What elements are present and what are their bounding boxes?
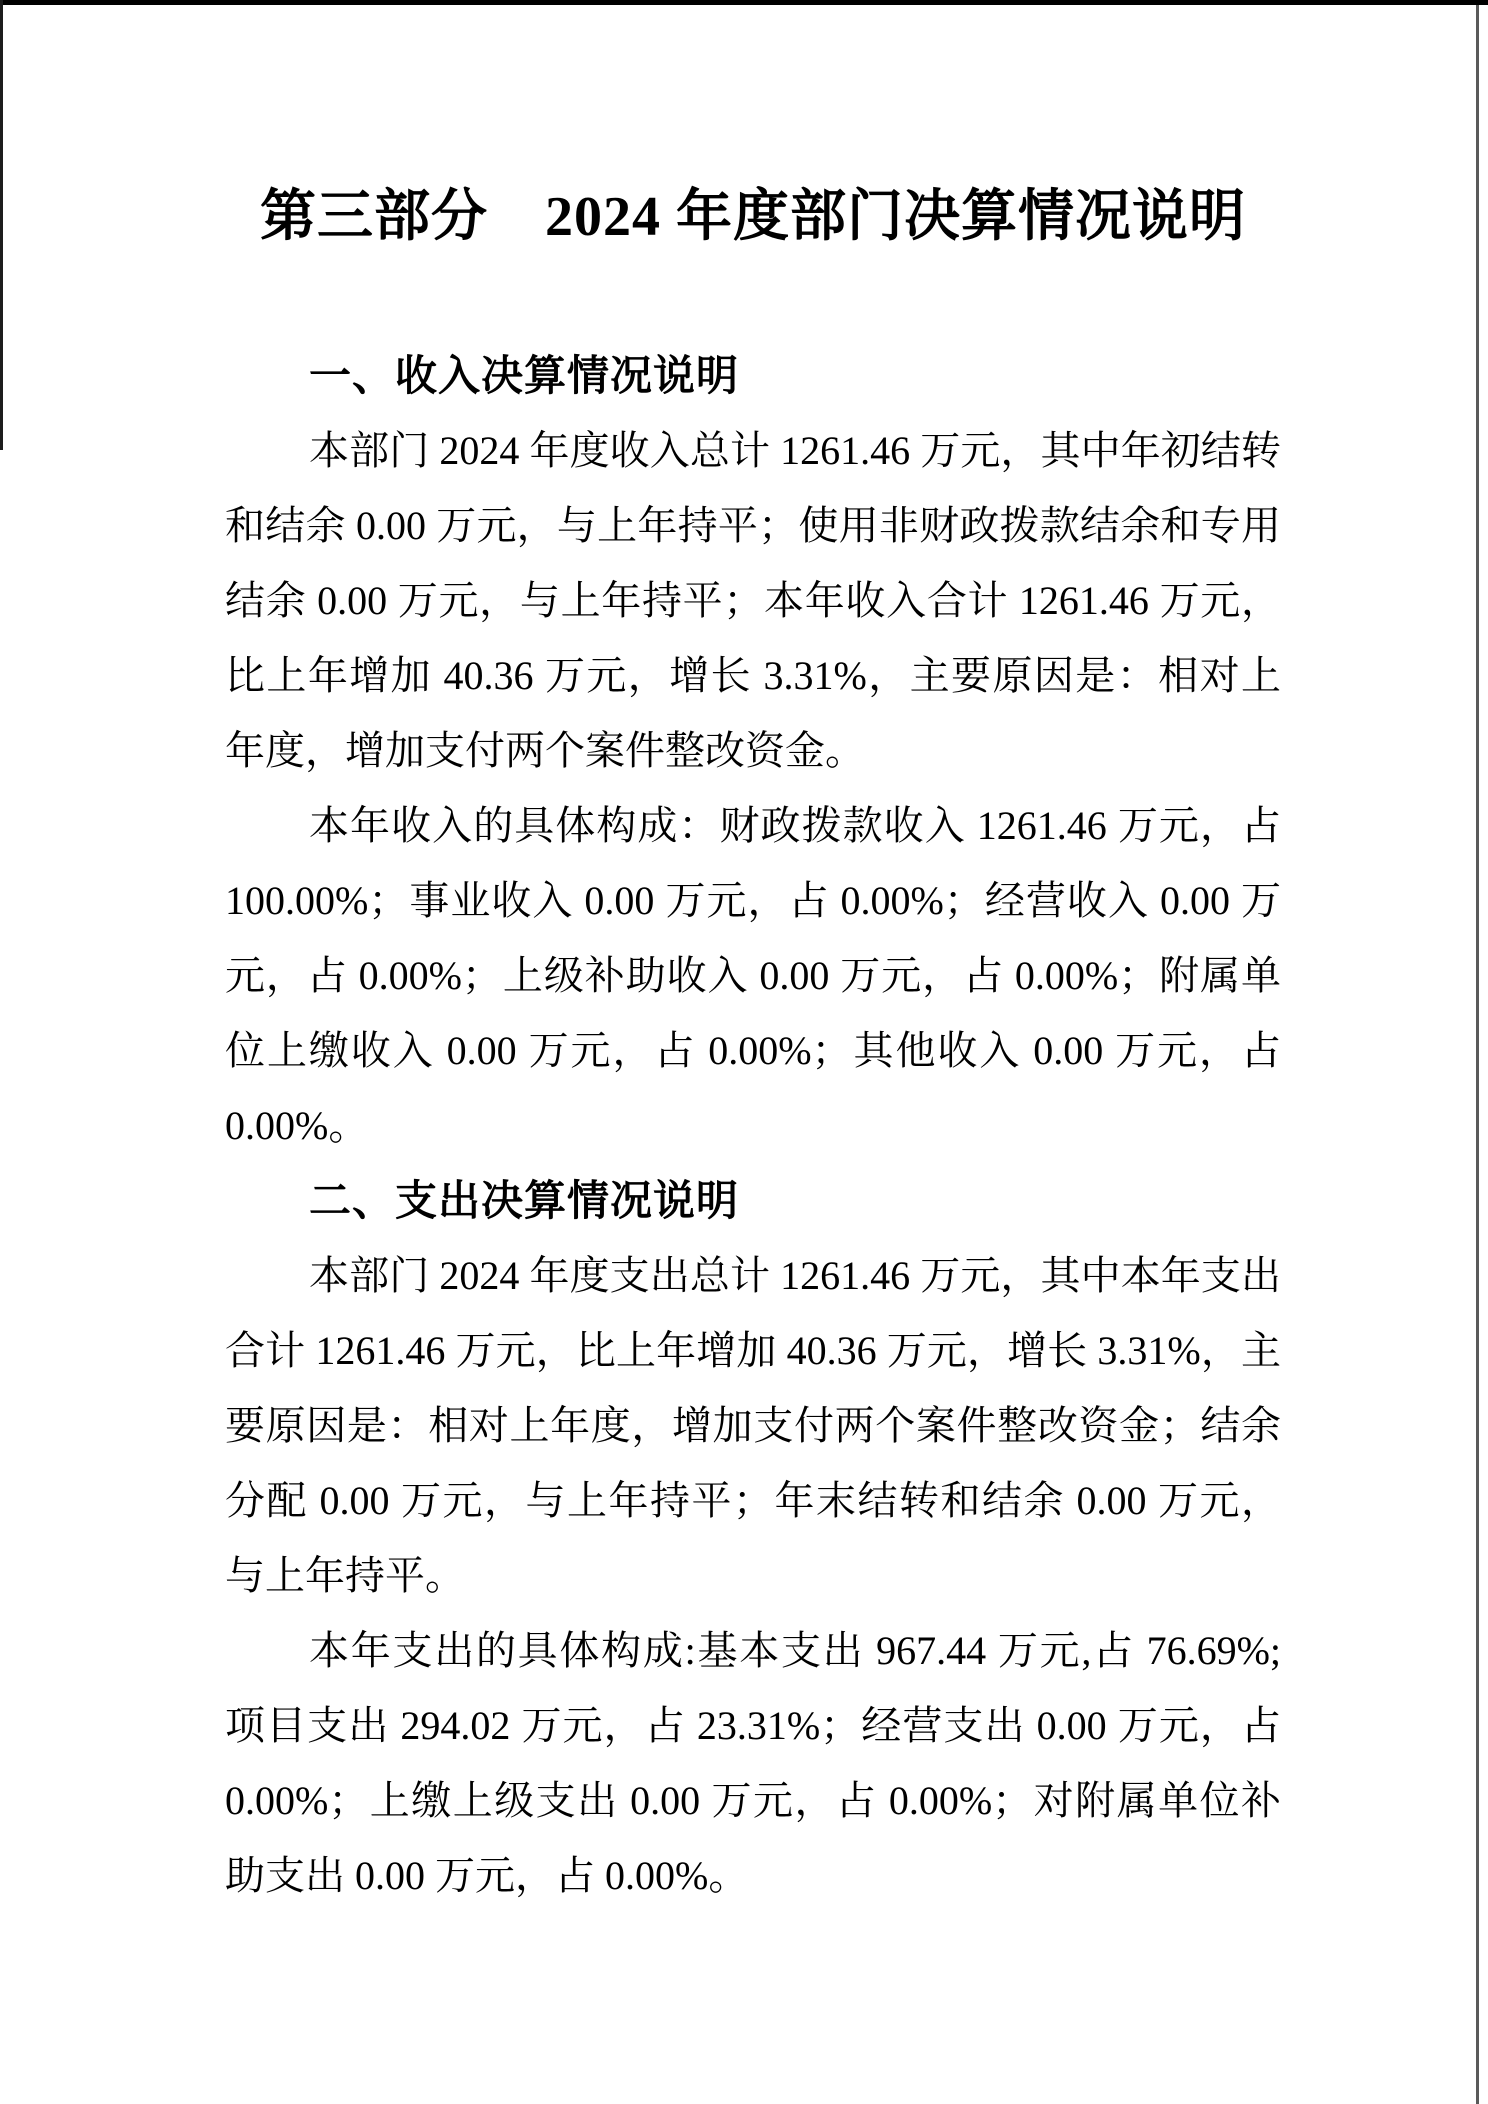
document-page: 第三部分 2024 年度部门决算情况说明 一、收入决算情况说明 本部门 2024… xyxy=(0,0,1488,2104)
section-income: 一、收入决算情况说明 本部门 2024 年度收入总计 1261.46 万元，其中… xyxy=(225,338,1281,1163)
scan-left-border-artifact xyxy=(0,0,3,450)
text-line: 合计 1261.46 万元，比上年增加 40.36 万元，增长 3.31%，主 xyxy=(225,1313,1281,1388)
text-line: 本年收入的具体构成：财政拨款收入 1261.46 万元，占 xyxy=(225,788,1281,863)
text-line: 本年支出的具体构成:基本支出 967.44 万元,占 76.69%; xyxy=(225,1613,1281,1688)
paragraph: 本年收入的具体构成：财政拨款收入 1261.46 万元，占 100.00%；事业… xyxy=(225,788,1281,1163)
text-line: 比上年增加 40.36 万元，增长 3.31%，主要原因是：相对上 xyxy=(225,638,1281,713)
text-line: 100.00%；事业收入 0.00 万元，占 0.00%；经营收入 0.00 万 xyxy=(225,863,1281,938)
text-line: 位上缴收入 0.00 万元，占 0.00%；其他收入 0.00 万元，占 xyxy=(225,1013,1281,1088)
text-line: 要原因是：相对上年度，增加支付两个案件整改资金；结余 xyxy=(225,1388,1281,1463)
text-line: 本部门 2024 年度收入总计 1261.46 万元，其中年初结转 xyxy=(225,413,1281,488)
paragraph: 本部门 2024 年度支出总计 1261.46 万元，其中本年支出 合计 126… xyxy=(225,1238,1281,1613)
text-line: 结余 0.00 万元，与上年持平；本年收入合计 1261.46 万元， xyxy=(225,563,1281,638)
text-line: 元，占 0.00%；上级补助收入 0.00 万元，占 0.00%；附属单 xyxy=(225,938,1281,1013)
text-line: 和结余 0.00 万元，与上年持平；使用非财政拨款结余和专用 xyxy=(225,488,1281,563)
text-line: 0.00%。 xyxy=(225,1088,1281,1163)
paragraph: 本部门 2024 年度收入总计 1261.46 万元，其中年初结转 和结余 0.… xyxy=(225,413,1281,788)
section-expenditure: 二、支出决算情况说明 本部门 2024 年度支出总计 1261.46 万元，其中… xyxy=(225,1163,1281,1913)
page-title: 第三部分 2024 年度部门决算情况说明 xyxy=(225,186,1281,248)
section-income-heading: 一、收入决算情况说明 xyxy=(225,338,1281,413)
text-line: 项目支出 294.02 万元，占 23.31%；经营支出 0.00 万元，占 xyxy=(225,1688,1281,1763)
text-line: 与上年持平。 xyxy=(225,1538,1281,1613)
text-line: 0.00%；上缴上级支出 0.00 万元，占 0.00%；对附属单位补 xyxy=(225,1763,1281,1838)
document-content: 第三部分 2024 年度部门决算情况说明 一、收入决算情况说明 本部门 2024… xyxy=(225,0,1281,1913)
text-line: 本部门 2024 年度支出总计 1261.46 万元，其中本年支出 xyxy=(225,1238,1281,1313)
paragraph: 本年支出的具体构成:基本支出 967.44 万元,占 76.69%; 项目支出 … xyxy=(225,1613,1281,1913)
text-line: 年度，增加支付两个案件整改资金。 xyxy=(225,713,1281,788)
text-line: 分配 0.00 万元，与上年持平；年末结转和结余 0.00 万元， xyxy=(225,1463,1281,1538)
text-line: 助支出 0.00 万元，占 0.00%。 xyxy=(225,1838,1281,1913)
scan-right-border-line xyxy=(1476,5,1479,2104)
section-expenditure-heading: 二、支出决算情况说明 xyxy=(225,1163,1281,1238)
